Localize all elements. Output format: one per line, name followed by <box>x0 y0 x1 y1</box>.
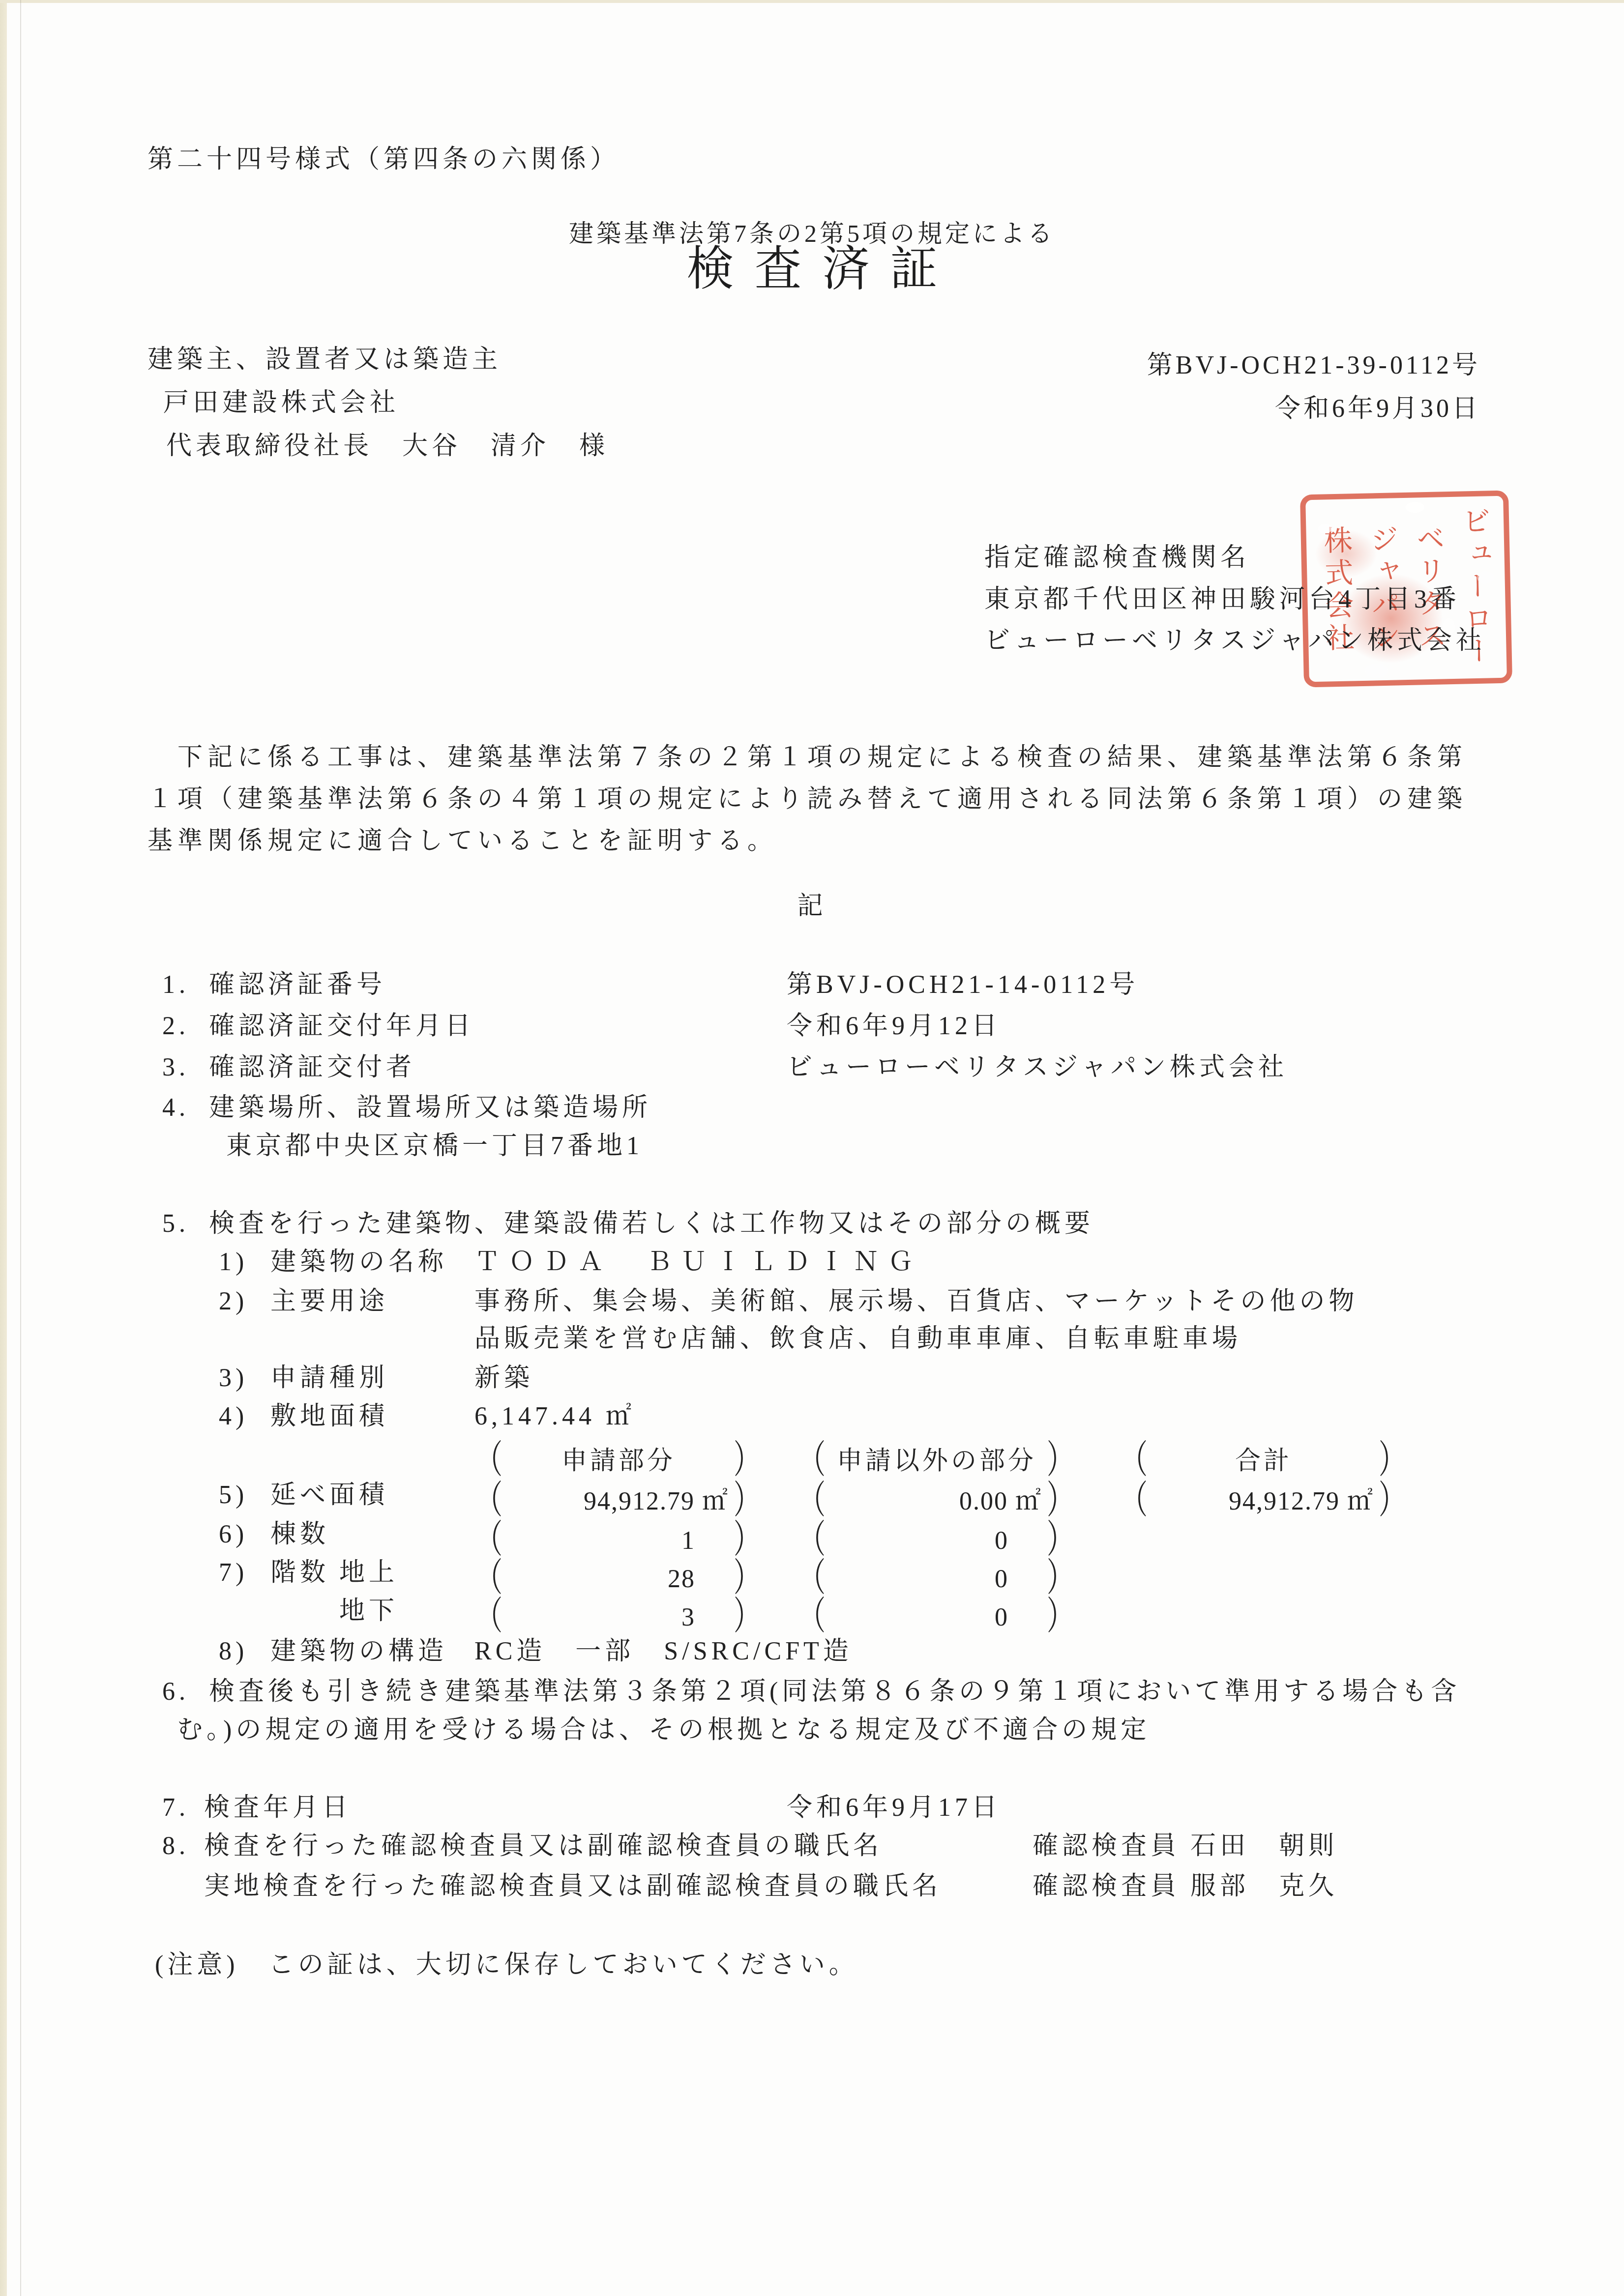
item-5-label: 検査を行った建築物、建築設備若しくは工作物又はその部分の概要 <box>209 1208 1094 1240</box>
floor-area-total-value: 94,912.79 ㎡ <box>1149 1480 1379 1517</box>
site-area: 6,147.44 ㎡ <box>474 1401 635 1432</box>
floor-area-non-application-value: 0.00 ㎡ <box>827 1480 1047 1517</box>
table-header-application: （ 申請部分 ） <box>476 1439 761 1474</box>
addressee-company: 戸田建設株式会社 <box>163 387 399 419</box>
item-2-value: 令和6年9月12日 <box>787 1011 1001 1042</box>
agency-address: 東京都千代田区神田駿河台4丁目3番 <box>984 584 1460 615</box>
main-use-line-2: 品販売業を営む店舗、飲食店、自動車車庫、自転車駐車場 <box>474 1323 1241 1355</box>
item-5-8-no: 8) <box>219 1636 248 1667</box>
agency-label: 指定確認検査機関名 <box>984 542 1250 574</box>
statement-line-2: １項（建築基準法第６条の４第１項の規定により読み替えて適用される同法第６条第１項… <box>148 778 1467 814</box>
item-5-5-label: 延べ面積 <box>270 1480 388 1511</box>
agency-name: ビューローベリタスジャパン株式会社 <box>984 625 1485 657</box>
paren-close: ） <box>1379 1469 1406 1524</box>
ki-marker: 記 <box>0 891 1624 922</box>
item-1-value: 第BVJ-OCH21-14-0112号 <box>787 969 1139 1001</box>
item-3-no: 3. <box>162 1052 189 1083</box>
header-non-application-part: 申請以外の部分 <box>827 1440 1047 1477</box>
floors-above-non-application-value: 0 <box>827 1565 1047 1594</box>
statement-line-3: 基準関係規定に適合していることを証明する。 <box>148 820 777 856</box>
floor-area-non-application: （ 0.00 ㎡ ） <box>799 1480 1074 1514</box>
item-3-label: 確認済証交付者 <box>209 1052 415 1083</box>
floors-below-label: 地下 <box>339 1596 398 1627</box>
item-7-label: 検査年月日 <box>204 1792 352 1824</box>
item-5-2-no: 2) <box>219 1286 248 1317</box>
item-4-address: 東京都中央区京橋一丁目7番地1 <box>226 1131 643 1162</box>
addressee-representative: 代表取締役社長 大谷 清介 様 <box>166 431 609 462</box>
building-count-application: （ 1 ） <box>476 1519 761 1553</box>
item-5-4-label: 敷地面積 <box>270 1401 388 1432</box>
item-5-3-no: 3) <box>219 1363 248 1394</box>
building-count-application-value: 1 <box>503 1526 734 1555</box>
item-4-label: 建築場所、設置場所又は築造場所 <box>209 1092 651 1124</box>
table-header-non-application: （ 申請以外の部分 ） <box>799 1439 1074 1474</box>
floor-area-total: （ 94,912.79 ㎡ ） <box>1121 1480 1406 1514</box>
item-5-3-label: 申請種別 <box>270 1363 388 1394</box>
header-application-part: 申請部分 <box>503 1440 734 1477</box>
floor-area-application: （ 94,912.79 ㎡ ） <box>476 1480 761 1514</box>
text-layer: 第二十四号様式（第四条の六関係） 建築基準法第7条の2第5項の規定による 検査済… <box>0 0 1624 2296</box>
item-5-1-label: 建築物の名称 <box>270 1247 447 1278</box>
item-5-7-label: 階数 <box>270 1557 329 1589</box>
addressee-label: 建築主、設置者又は築造主 <box>148 344 502 376</box>
header-total: 合計 <box>1149 1440 1379 1477</box>
caution-note: (注意) この証は、大切に保存しておいてください。 <box>155 1949 858 1981</box>
item-7-no: 7. <box>162 1792 189 1824</box>
item-6-line-1: 検査後も引き続き建築基準法第３条第２項(同法第８６条の９第１項において準用する場… <box>209 1676 1460 1708</box>
item-6-line-2: む。)の規定の適用を受ける場合は、その根拠となる規定及び不適合の規定 <box>177 1715 1150 1746</box>
item-5-6-label: 棟数 <box>270 1519 329 1550</box>
item-5-4-no: 4) <box>219 1401 248 1432</box>
application-type: 新築 <box>474 1363 533 1394</box>
inspector-name-1: 確認検査員 石田 朝則 <box>1033 1831 1338 1862</box>
building-name: ＴＯＤＡ ＢＵＩＬＤＩＮＧ <box>474 1247 922 1278</box>
inspection-date: 令和6年9月17日 <box>787 1792 1001 1824</box>
statement-line-1: 下記に係る工事は、建築基準法第７条の２第１項の規定による検査の結果、建築基準法第… <box>148 736 1467 773</box>
form-number: 第二十四号様式（第四条の六関係） <box>148 144 620 175</box>
certificate-page: ビューロー ベリタス ジャパン 株式会社 第二十四号様式（第四条の六関係） 建築… <box>0 0 1624 2296</box>
floors-below-application-value: 3 <box>503 1603 734 1632</box>
floors-below-application: （ 3 ） <box>476 1596 761 1630</box>
item-3-value: ビューローベリタスジャパン株式会社 <box>787 1052 1288 1083</box>
inspector-name-2: 確認検査員 服部 克久 <box>1033 1871 1338 1902</box>
table-header-total: （ 合計 ） <box>1121 1439 1406 1474</box>
paren-open: （ <box>476 1585 503 1640</box>
building-count-non-application-value: 0 <box>827 1526 1047 1555</box>
paren-open: （ <box>1121 1469 1149 1524</box>
paren-close: ） <box>734 1585 761 1640</box>
item-5-5-no: 5) <box>219 1480 248 1511</box>
floors-below-non-application-value: 0 <box>827 1603 1047 1632</box>
item-2-no: 2. <box>162 1011 189 1042</box>
item-5-2-label: 主要用途 <box>270 1286 388 1317</box>
item-5-no: 5. <box>162 1208 189 1240</box>
item-1-no: 1. <box>162 969 189 1001</box>
item-4-no: 4. <box>162 1092 189 1124</box>
certificate-title: 検査済証 <box>0 253 1624 285</box>
structure-value: RC造 一部 S/SRC/CFT造 <box>474 1636 853 1667</box>
floors-above-non-application: （ 0 ） <box>799 1557 1074 1592</box>
item-5-8-label: 建築物の構造 <box>270 1636 447 1667</box>
certificate-date: 令和6年9月30日 <box>1275 387 1480 424</box>
floor-area-application-value: 94,912.79 ㎡ <box>503 1480 734 1517</box>
floors-above-application: （ 28 ） <box>476 1557 761 1592</box>
paren-open: （ <box>799 1585 827 1640</box>
floors-above-label: 地上 <box>339 1557 398 1589</box>
item-5-7-no: 7) <box>219 1557 248 1589</box>
item-5-1-no: 1) <box>219 1247 248 1278</box>
floors-above-application-value: 28 <box>503 1565 734 1594</box>
item-8-label-2: 実地検査を行った確認検査員又は副確認検査員の職氏名 <box>204 1871 942 1902</box>
item-5-6-no: 6) <box>219 1519 248 1550</box>
item-2-label: 確認済証交付年月日 <box>209 1011 474 1042</box>
item-8-label: 検査を行った確認検査員又は副確認検査員の職氏名 <box>204 1831 883 1862</box>
item-1-label: 確認済証番号 <box>209 969 386 1001</box>
item-6-no: 6. <box>162 1676 189 1708</box>
paren-close: ） <box>1047 1585 1074 1640</box>
item-8-no: 8. <box>162 1831 189 1862</box>
floors-below-non-application: （ 0 ） <box>799 1596 1074 1630</box>
building-count-non-application: （ 0 ） <box>799 1519 1074 1553</box>
main-use-line-1: 事務所、集会場、美術館、展示場、百貨店、マーケットその他の物 <box>474 1286 1358 1317</box>
certificate-number: 第BVJ-OCH21-39-0112号 <box>1147 344 1480 381</box>
